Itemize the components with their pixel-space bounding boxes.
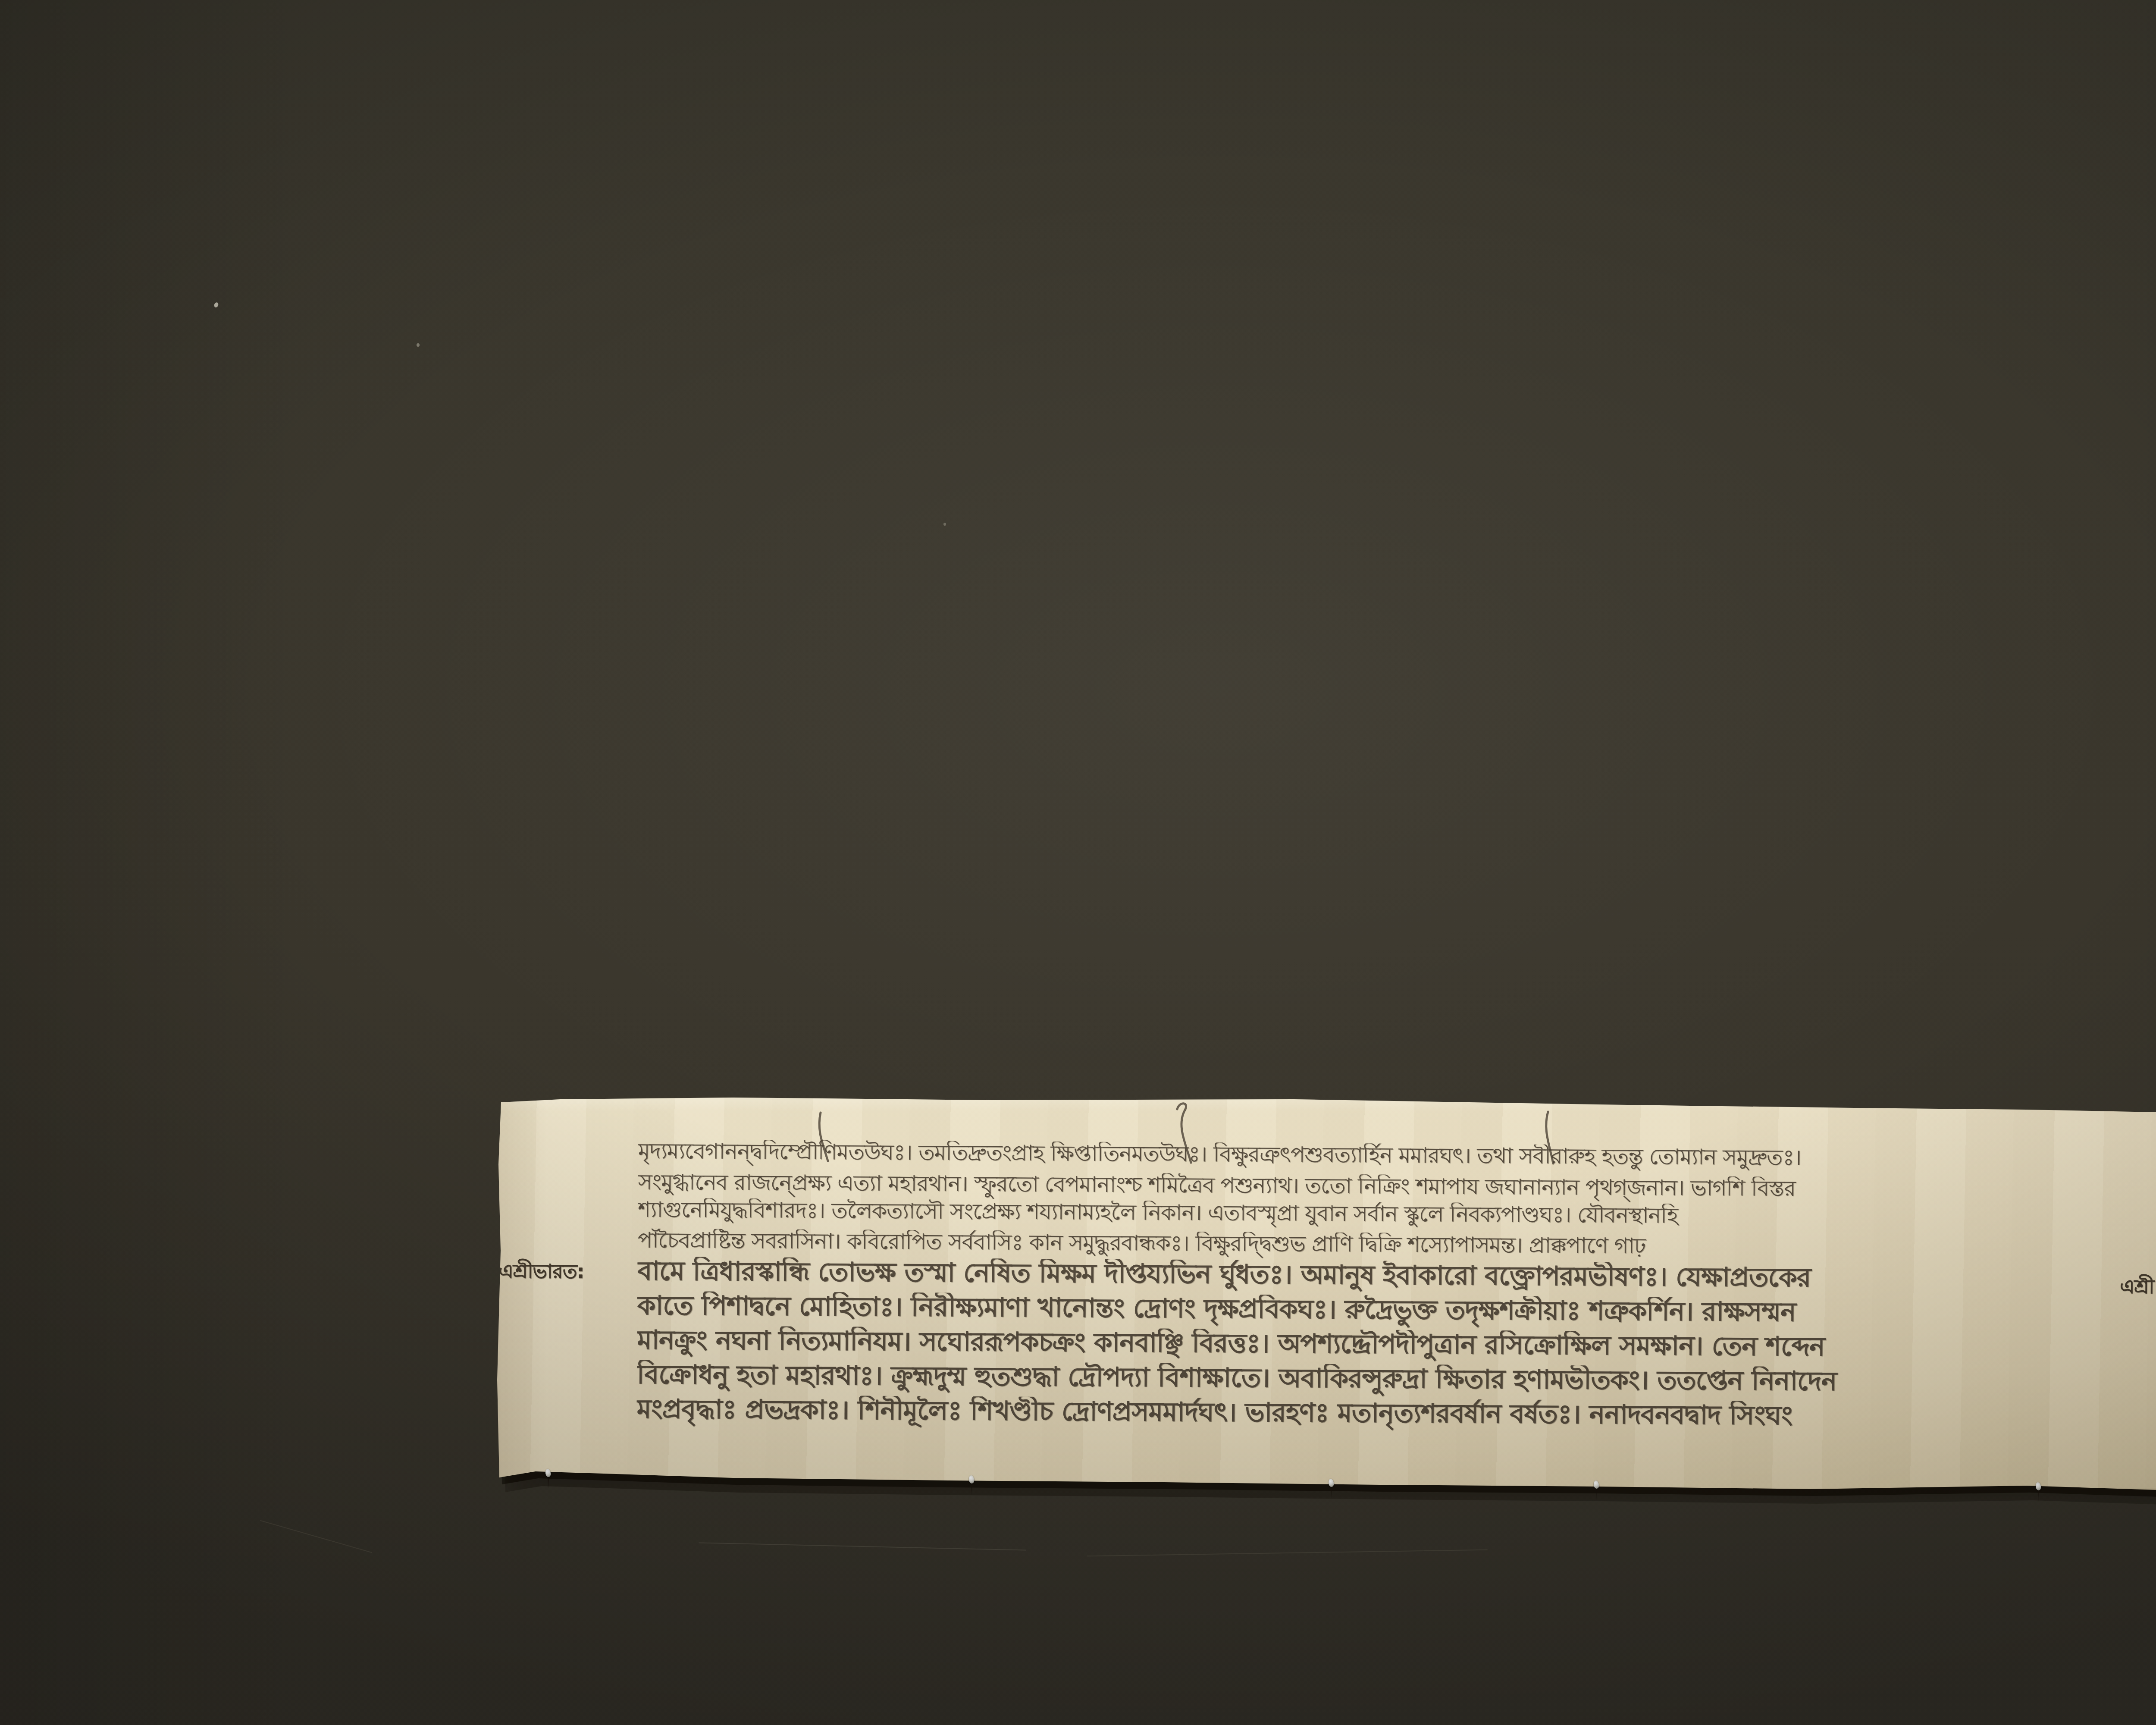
pin-head-icon [2035,1482,2041,1491]
pin-stem [1331,1486,1332,1499]
pin-head-icon [1328,1478,1334,1487]
photo-backdrop: এশ্রীভারত: এশ্রী:: মৃদ্যম্যবেগানন্দ্বদিম… [0,0,2156,1725]
pin-head-icon [545,1468,551,1477]
mounting-pin [968,1475,975,1495]
manuscript-line-1: মৃদ্যম্যবেগানন্দ্বদিম্প্রৌণিমতউঘঃ। তমতিদ… [638,1139,2156,1175]
scratch-mark [260,1520,372,1553]
dust-speck [417,343,420,347]
dust-speck [213,302,219,308]
mounting-pin [1328,1479,1334,1499]
mounting-pin [2035,1482,2041,1502]
text-block: এশ্রীভারত: এশ্রী:: মৃদ্যম্যবেগানন্দ্বদিম… [494,1095,2156,1511]
pin-stem [971,1482,972,1495]
pin-head-icon [968,1475,975,1484]
mounting-pin [545,1469,551,1489]
scratch-mark [699,1542,1026,1550]
left-margin-title: এশ্রীভারত: [498,1257,634,1290]
pin-stem [548,1476,549,1489]
dust-speck [943,523,946,526]
manuscript-page: এশ্রীভারত: এশ্রী:: মৃদ্যম্যবেগানন্দ্বদিম… [496,1095,2156,1501]
pin-stem [2038,1489,2039,1502]
pin-stem [1596,1487,1597,1500]
mounting-pin [1593,1480,1599,1500]
pin-head-icon [1593,1480,1599,1489]
manuscript-leaf-area: এশ্রীভারত: এশ্রী:: মৃদ্যম্যবেগানন্দ্বদিম… [496,1095,2156,1501]
manuscript-line-9: মংপ্রবৃদ্ধাঃ প্রভদ্রকাঃ। শিনীমূলৈঃ শিখণ্… [636,1395,2156,1436]
scratch-mark [1087,1549,1488,1557]
